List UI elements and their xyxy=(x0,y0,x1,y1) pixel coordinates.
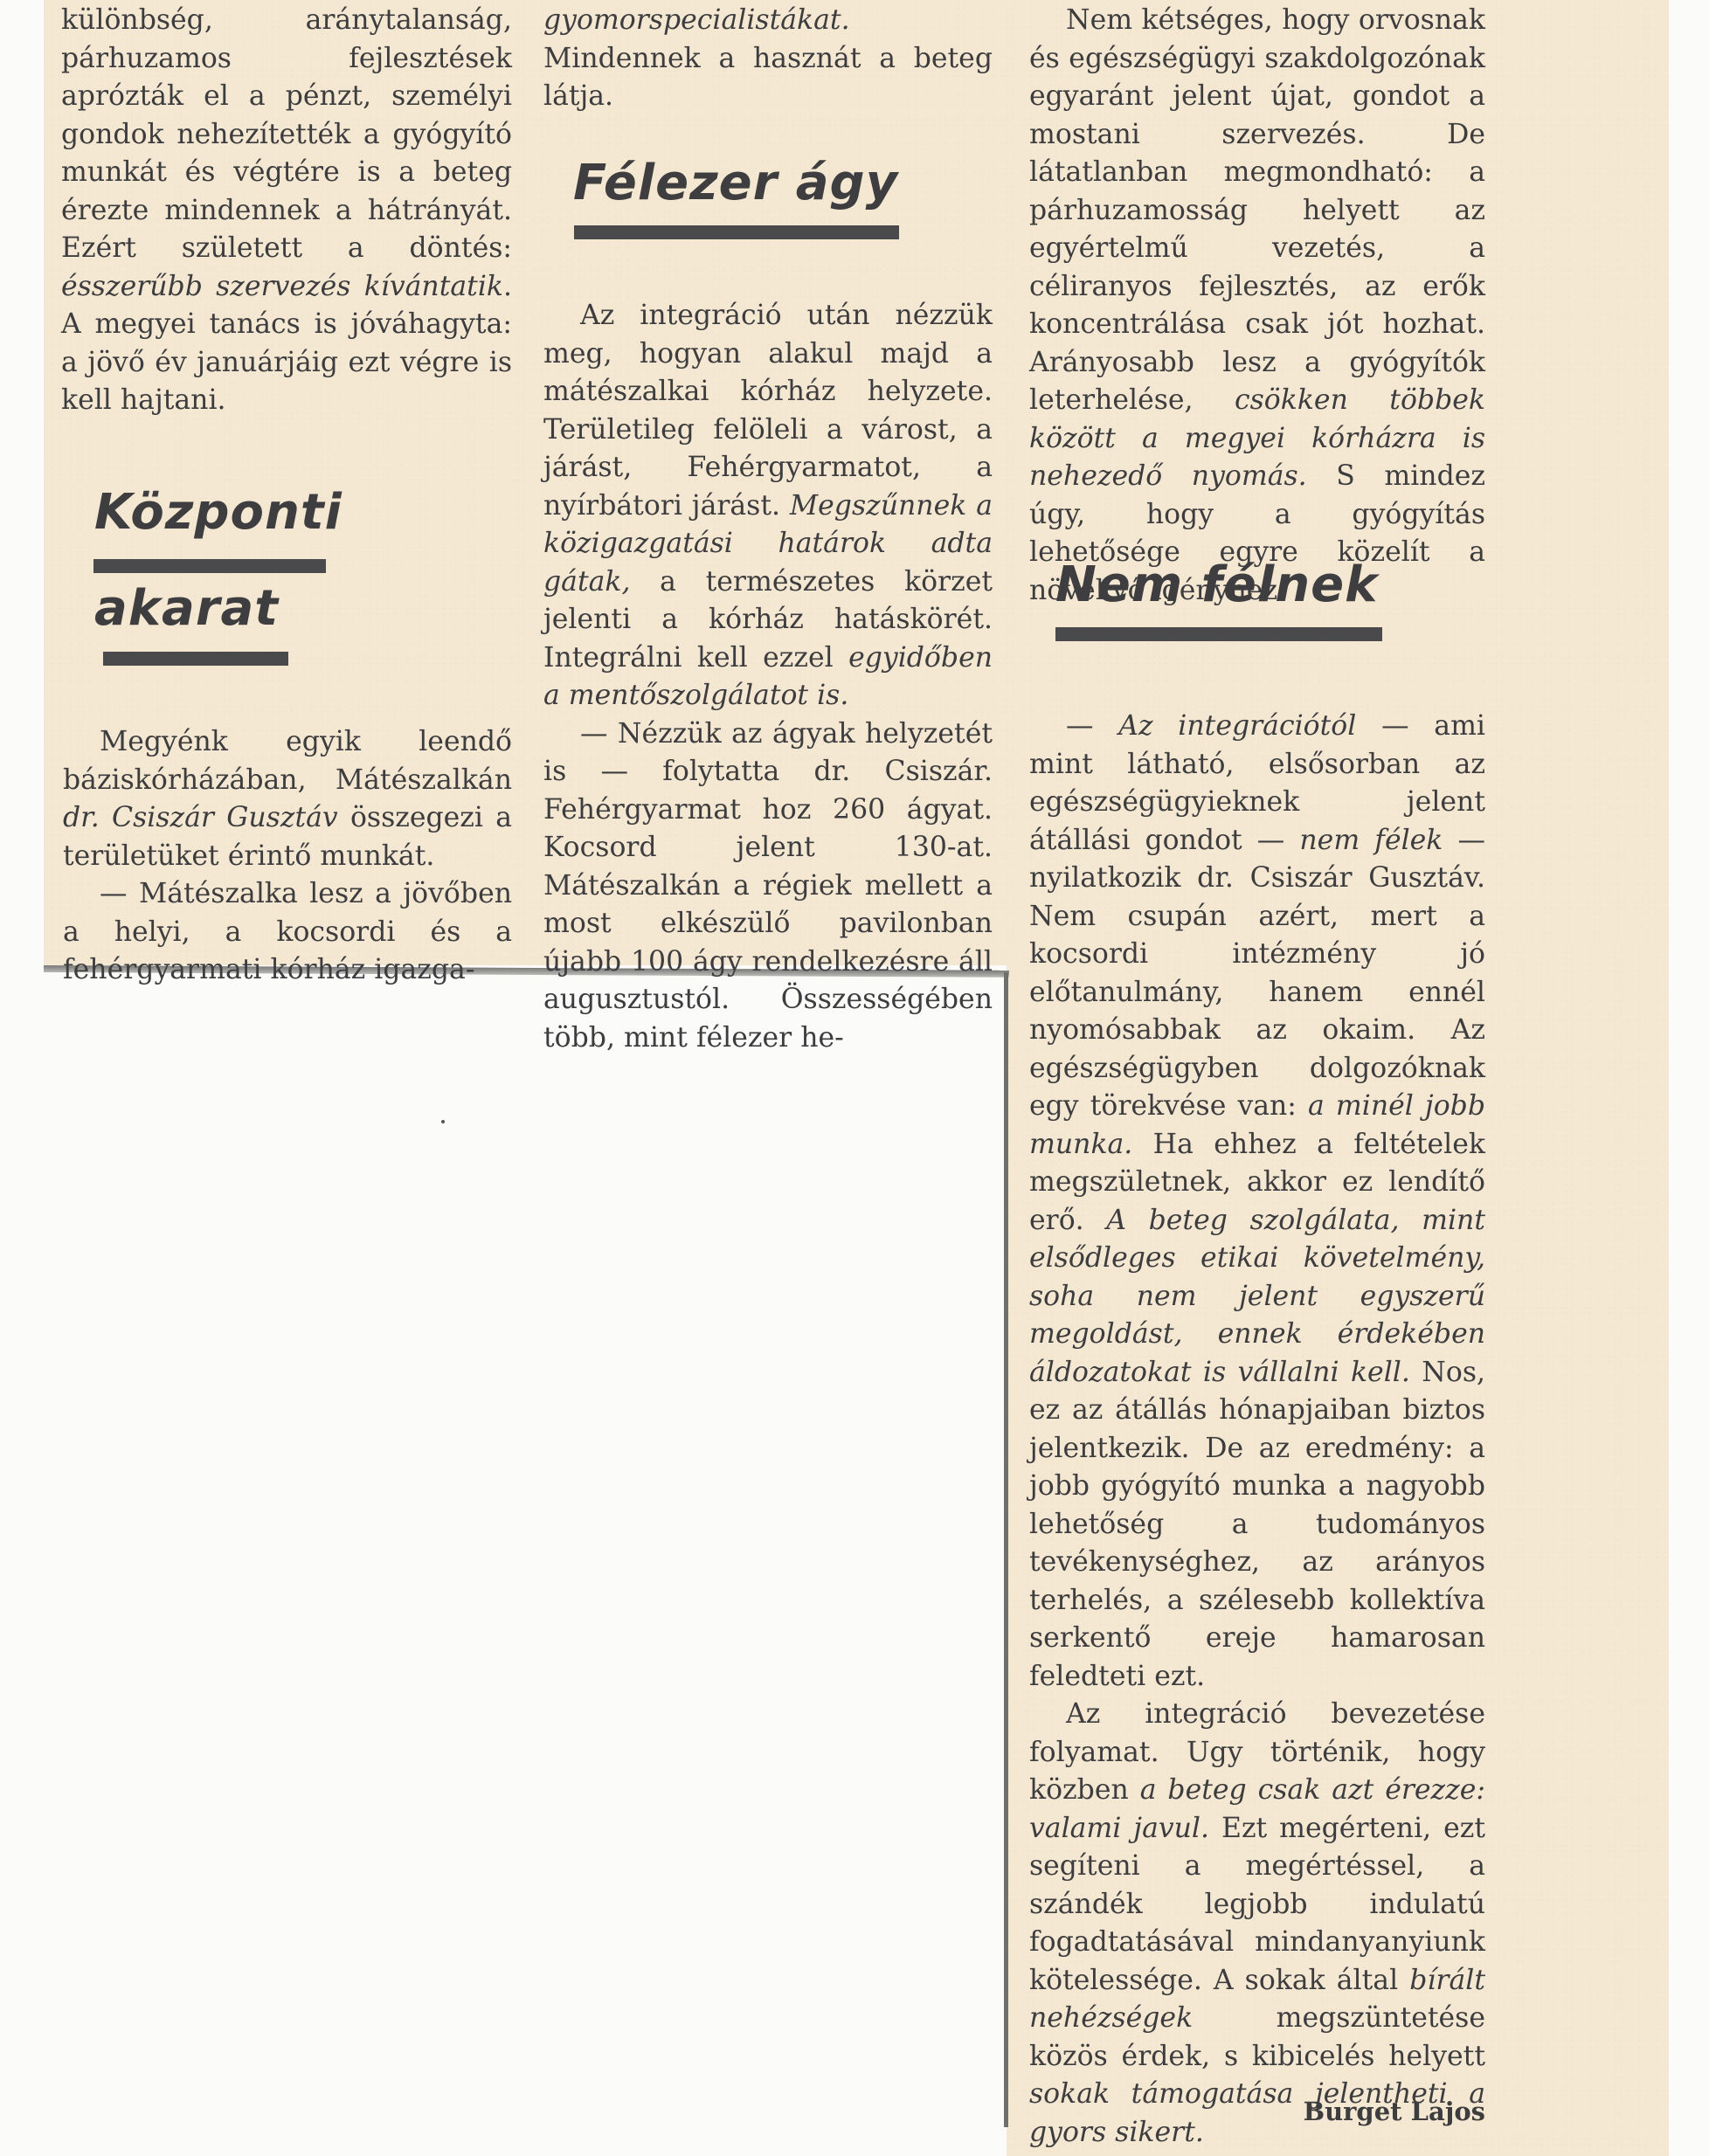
paper-speck xyxy=(441,1120,445,1123)
article-column-3-bottom: — Az integrációtól — ami mint látható, e… xyxy=(1029,708,1485,2152)
emphasis-text: dr. Csiszár Gusztáv xyxy=(63,802,338,833)
paragraph-text: Nem kétséges, hogy orvosnak és egészségü… xyxy=(1029,4,1485,416)
paragraph-text: Az integráció után nézzük meg, hogyan al… xyxy=(543,300,993,522)
article-column-2-top: gyomorspecialistákat. Mindennek a haszná… xyxy=(543,2,993,116)
paragraph: különbség, aránytalanság, párhuzamos fej… xyxy=(61,2,512,420)
paragraph-text: Megyénk egyik leendő báziskórházában, Má… xyxy=(63,726,512,796)
section-heading-kozponti: Központi xyxy=(94,485,342,541)
paragraph: Az integráció után nézzük meg, hogyan al… xyxy=(543,297,993,715)
paragraph: — Nézzük az ágyak helyzetét is — folytat… xyxy=(543,715,993,1058)
paragraph-text: különbség, aránytalanság, párhuzamos fej… xyxy=(61,4,512,264)
paragraph: — Az integrációtól — ami mint látható, e… xyxy=(1029,708,1485,1696)
clipping-edge-shadow-vertical xyxy=(1004,972,1008,2127)
author-byline: Burget Lajos xyxy=(1276,2097,1485,2126)
paragraph: gyomorspecialistákat. Mindennek a haszná… xyxy=(543,2,993,116)
paragraph: Nem kétséges, hogy orvosnak és egészségü… xyxy=(1029,2,1485,610)
section-heading-akarat: akarat xyxy=(94,581,279,637)
emphasis-text: nem félek xyxy=(1299,825,1443,856)
paragraph: Az integráció bevezetése folyamat. Ugy t… xyxy=(1029,1696,1485,2152)
heading-rule xyxy=(1055,627,1382,641)
paragraph: Megyénk egyik leendő báziskórházában, Má… xyxy=(63,723,512,875)
paragraph: — Mátészalka lesz a jövőben a helyi, a k… xyxy=(63,875,512,990)
heading-rule xyxy=(93,559,326,573)
article-column-1-bottom: Megyénk egyik leendő báziskórházában, Má… xyxy=(63,723,512,990)
emphasis-text: gyomorspecialistákat. xyxy=(543,4,850,36)
paragraph-text: Nos, ez az átállás hónapjaiban biztos je… xyxy=(1029,1357,1485,1692)
section-heading-nem-felnek: Nem félnek xyxy=(1055,557,1378,613)
heading-rule xyxy=(574,225,899,239)
article-column-3-top: Nem kétséges, hogy orvosnak és egészségü… xyxy=(1029,2,1485,610)
emphasis-text: ésszerűbb szervezés kívántatik xyxy=(61,271,503,302)
emphasis-text: Az integrációtól xyxy=(1118,710,1356,742)
paragraph-text: — xyxy=(1066,710,1118,742)
paragraph-text: — nyilatkozik dr. Csiszár Gusztáv. Nem c… xyxy=(1029,825,1485,1123)
article-column-1-top: különbség, aránytalanság, párhuzamos fej… xyxy=(61,2,512,420)
article-column-2-bottom: Az integráció után nézzük meg, hogyan al… xyxy=(543,297,993,1057)
section-heading-felezer-agy: Félezer ágy xyxy=(573,155,898,211)
heading-rule xyxy=(103,652,288,666)
paragraph-text: Mindennek a hasznát a beteg látja. xyxy=(543,43,993,113)
